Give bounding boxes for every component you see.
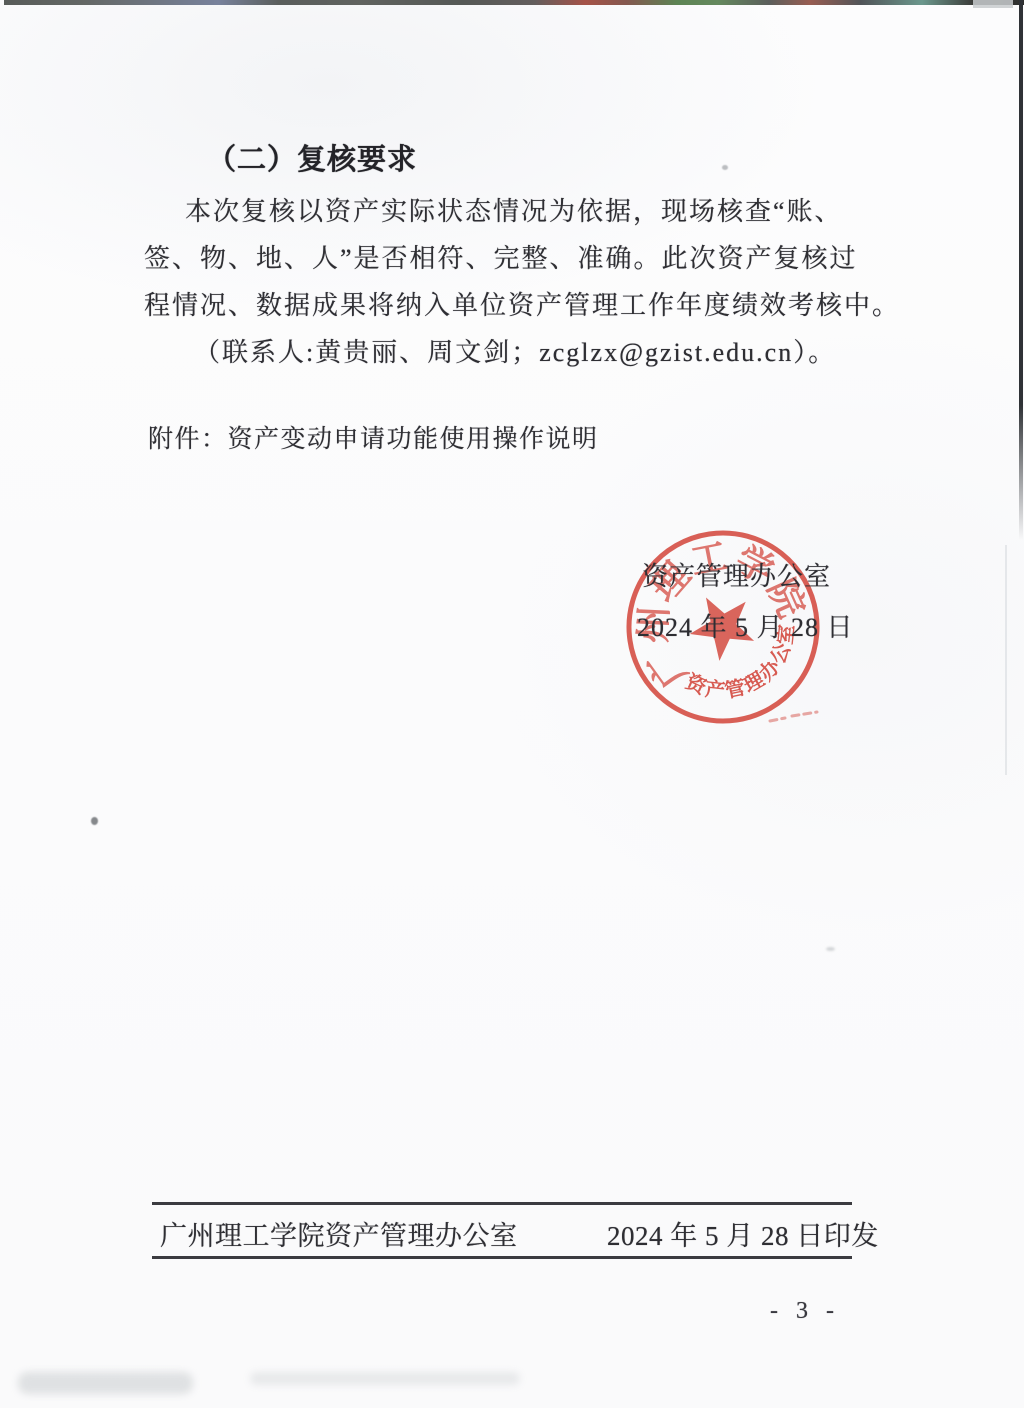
footer-rule-bottom	[152, 1256, 852, 1259]
scan-streak-right	[1005, 545, 1007, 775]
scan-smudge-bottom	[250, 1372, 520, 1385]
page-number: - 3 -	[770, 1298, 840, 1325]
scan-smudge-bottom	[18, 1372, 193, 1394]
signature-org: 资产管理办公室	[642, 556, 831, 593]
ink-speck	[722, 165, 728, 170]
scanned-document-page: （二）复核要求 本次复核以资产实际状态情况为依据，现场核查“账、 签、物、地、人…	[0, 0, 1024, 1408]
body-line: 本次复核以资产实际状态情况为依据，现场核查“账、	[185, 191, 843, 228]
body-line: 程情况、数据成果将纳入单位资产管理工作年度绩效考核中。	[144, 285, 900, 322]
scan-edge-right	[1019, 0, 1023, 540]
signature-date: 2024 年 5 月 28 日	[637, 607, 854, 644]
seal-ink-dashes	[770, 712, 817, 721]
footer-rule-top	[152, 1202, 852, 1205]
contact-line: （联系人:黄贵丽、周文剑；zcglzx@gzist.edu.cn）。	[194, 332, 836, 369]
body-line: 签、物、地、人”是否相符、完整、准确。此次资产复核过	[144, 238, 858, 275]
scan-corner-notch	[973, 0, 1013, 8]
footer-issuer: 广州理工学院资产管理办公室	[160, 1214, 518, 1253]
ink-speck	[91, 817, 98, 825]
ink-speck	[826, 947, 835, 951]
section-heading: （二）复核要求	[207, 137, 417, 178]
footer-print-date: 2024 年 5 月 28 日印发	[607, 1214, 879, 1253]
attachment-line: 附件：资产变动申请功能使用操作说明	[148, 419, 599, 455]
scan-edge-top	[4, 0, 1024, 5]
